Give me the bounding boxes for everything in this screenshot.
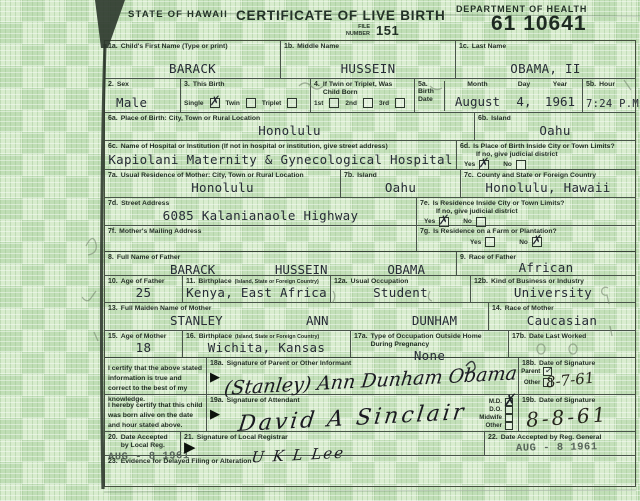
- field-value: Student: [334, 287, 467, 302]
- field-delayed-filing-evidence: 23.Evidence for Delayed Filing or Altera…: [105, 456, 635, 486]
- row-mother-residence: 7a.Usual Residence of Mother: City, Town…: [105, 170, 635, 198]
- field-number: 6c.: [108, 143, 118, 150]
- row-father-details: 10.Age of Father 25 11.Birthplace(Island…: [105, 276, 635, 303]
- field-value: OBAMA, II: [459, 63, 632, 78]
- x-mark: ✗: [530, 232, 542, 247]
- certificate-page: STATE OF HAWAII CERTIFICATE OF LIVE BIRT…: [0, 0, 640, 501]
- field-value: 6085 Kalanianaole Highway: [108, 210, 413, 225]
- field-number: 23.: [108, 458, 118, 465]
- checkbox-md: ✗: [505, 398, 513, 406]
- option-triplet-label: Triplet: [262, 100, 282, 107]
- field-father-race: 9.Race of Father African: [457, 252, 635, 275]
- field-number: 7b.: [344, 172, 354, 179]
- certificate-number: 61 10641: [491, 12, 587, 36]
- field-label: Sex: [117, 81, 129, 89]
- row-parent-signature: I certify that the above stated informat…: [105, 357, 635, 395]
- field-number: 7e.: [420, 200, 430, 207]
- field-value: Oahu: [344, 182, 457, 197]
- row-attendant-signature: I hereby certify that this child was bor…: [105, 395, 635, 432]
- field-value: 18: [108, 342, 179, 357]
- field-label: Last Name: [472, 43, 506, 51]
- field-value: Oahu: [478, 125, 632, 140]
- field-number: 20.: [108, 434, 118, 441]
- paper-bottom-edge: [104, 490, 636, 492]
- field-father-industry: 12b.Kind of Business or Industry Univers…: [471, 276, 635, 302]
- field-number: 1c.: [459, 43, 469, 50]
- field-number: 7g.: [420, 228, 430, 235]
- field-label: Island: [491, 115, 511, 123]
- row-father-name: 8.Full Name of Father BARACK HUSSEIN OBA…: [105, 251, 635, 276]
- row-mailing-address: 7f.Mother's Mailing Address 7g.Is Reside…: [105, 226, 635, 252]
- field-value: University: [474, 287, 632, 302]
- field-number: 11.: [186, 278, 195, 285]
- field-number: 21.: [184, 434, 194, 441]
- field-attendant-signature-date: 19b.Date of Signature 8-8-61: [519, 395, 635, 431]
- state-name: STATE OF HAWAII: [128, 9, 228, 20]
- field-label: Full Name of Father: [117, 254, 180, 262]
- field-mother-maiden-name: 13.Full Maiden Name of Mother STANLEY AN…: [105, 303, 489, 330]
- field-birth-date: 5a. Birth Date Month Day Year August 4, …: [415, 79, 583, 112]
- field-mother-birthplace: 16.Birthplace(Island, State or Foreign C…: [183, 331, 351, 357]
- number-label: NUMBER: [346, 31, 370, 37]
- field-value: Kenya, East Africa: [186, 287, 327, 302]
- certification-statement: I certify that the above stated informat…: [105, 358, 207, 394]
- field-label: Is Place of Birth Inside City or Town Li…: [473, 143, 615, 151]
- certify-text: I hereby certify that this child was bor…: [108, 397, 203, 432]
- field-value: Honolulu, Hawaii: [464, 182, 632, 197]
- row-mother-details: 15.Age of Mother 18 16.Birthplace(Island…: [105, 331, 635, 358]
- field-number: 6a.: [108, 115, 118, 122]
- field-hour: 5b.Hour 7:24 P.M.: [583, 79, 635, 112]
- field-label: Mother's Mailing Address: [119, 228, 201, 236]
- checkbox-twin: [246, 98, 256, 108]
- field-label: Signature of Attendant: [227, 397, 300, 405]
- field-value: Male: [108, 97, 177, 112]
- field-number: 17a.: [354, 333, 368, 340]
- field-mother-age: 15.Age of Mother 18: [105, 331, 183, 357]
- field-label: Date Accepted by Local Reg.: [121, 434, 177, 451]
- checkbox-other: [505, 422, 513, 430]
- field-sublabel: If no, give judicial district: [436, 208, 518, 216]
- checkbox-3rd: [395, 98, 405, 108]
- other-label: Other: [485, 422, 502, 429]
- row-sex-birth: 2.Sex Male 3.This Birth Single✗ Twin Tri…: [105, 79, 635, 113]
- field-value: BARACK: [108, 63, 277, 78]
- field-value: Wichita, Kansas: [186, 342, 347, 357]
- yes-label: Yes: [464, 161, 475, 168]
- midwife-label: Midwife: [479, 414, 502, 421]
- pencil-mark: [94, 332, 98, 341]
- field-number: 8.: [108, 254, 114, 261]
- field-this-birth: 3.This Birth Single✗ Twin Triplet: [181, 79, 311, 112]
- month-value: August: [448, 94, 507, 111]
- field-sublabel: If no, give judicial district: [476, 151, 558, 159]
- field-value-handwritten: 8-7-61: [545, 369, 595, 392]
- field-number: 1a.: [108, 43, 118, 50]
- field-street-address: 7d.Street Address 6085 Kalanianaole High…: [105, 198, 417, 225]
- row-street-address: 7d.Street Address 6085 Kalanianaole High…: [105, 198, 635, 226]
- field-label: Date Last Worked: [529, 333, 586, 341]
- field-residence-inside-limits: 7e.Is Residence Inside City or Town Limi…: [417, 198, 635, 225]
- field-number: 12b.: [474, 278, 488, 285]
- field-value: Kapiolani Maternity & Gynecological Hosp…: [108, 154, 453, 169]
- option-3rd-label: 3rd: [379, 100, 389, 107]
- date-stamp: AUG - 8 1961: [516, 442, 598, 455]
- row-child-name: 1a.Child's First Name (Type or print) BA…: [105, 41, 635, 79]
- field-number: 7f.: [108, 228, 116, 235]
- field-value: [512, 354, 632, 356]
- field-date-last-worked: 17b.Date Last Worked: [509, 331, 635, 357]
- no-label: No: [519, 239, 528, 246]
- signature-arrow-icon: ▶: [210, 370, 220, 383]
- option-1st-label: 1st: [314, 100, 323, 107]
- field-attendant-signature: 19a.Signature of Attendant ▶ David A Sin…: [207, 395, 519, 431]
- checkbox-yes: ✗: [479, 160, 489, 170]
- field-number: 16.: [186, 333, 196, 340]
- field-parent-signature: 18a.Signature of Parent or Other Informa…: [207, 358, 519, 394]
- option-single-label: Single: [184, 100, 204, 107]
- checkbox-single: ✗: [210, 98, 220, 108]
- field-value: 25: [108, 287, 179, 302]
- field-label: Island: [357, 172, 377, 180]
- field-number: 6d.: [460, 143, 470, 150]
- field-mother-race: 14.Race of Mother Caucasian: [489, 303, 635, 330]
- field-number: 13.: [108, 305, 118, 312]
- field-number: 19a.: [210, 397, 224, 404]
- row-place-of-birth: 6a.Place of Birth: City, Town or Rural L…: [105, 113, 635, 141]
- field-number: 2.: [108, 81, 114, 88]
- field-sex: 2.Sex Male: [105, 79, 181, 112]
- row-mother-name: 13.Full Maiden Name of Mother STANLEY AN…: [105, 303, 635, 331]
- field-value: Honolulu: [108, 125, 471, 140]
- checkbox-yes: [485, 237, 495, 247]
- field-number: 10.: [108, 278, 118, 285]
- checkbox-1st: [329, 98, 339, 108]
- year-label: Year: [541, 81, 579, 88]
- year-value: 1961: [541, 94, 579, 111]
- field-number: 9.: [460, 254, 466, 261]
- field-number: 14.: [492, 305, 502, 312]
- certification-statement: I hereby certify that this child was bor…: [105, 395, 207, 431]
- field-parent-signature-date: 18b.Date of Signature 8-7-61: [519, 358, 635, 394]
- month-label: Month: [448, 81, 507, 88]
- field-county-state: 7c.County and State or Foreign Country H…: [461, 170, 635, 197]
- field-value: African: [460, 262, 632, 277]
- pencil-mark: [86, 238, 96, 255]
- field-number: 3.: [184, 81, 190, 88]
- field-date-accepted-general: 22.Date Accepted by Reg. General AUG - 8…: [485, 432, 635, 455]
- field-father-age: 10.Age of Father 25: [105, 276, 183, 302]
- field-number: 4.: [314, 81, 320, 88]
- field-label: Full Maiden Name of Mother: [121, 305, 212, 313]
- field-label: If Twin or Triplet, Was Child Born: [323, 81, 411, 98]
- field-number: 7c.: [464, 172, 474, 179]
- field-number: 22.: [488, 434, 498, 441]
- field-farm-plantation: 7g.Is Residence on a Farm or Plantation?…: [417, 226, 635, 251]
- field-father-full-name: 8.Full Name of Father BARACK HUSSEIN OBA…: [105, 252, 457, 275]
- field-label: Signature of Local Registrar: [197, 434, 288, 442]
- field-label: Name of Hospital or Institution (If not …: [121, 143, 388, 151]
- field-number: 7d.: [108, 200, 118, 207]
- field-number: 18b.: [522, 360, 536, 367]
- field-label: Is Residence Inside City or Town Limits?: [433, 200, 565, 208]
- field-label: Middle Name: [297, 43, 339, 51]
- mother-first-name: STANLEY: [170, 313, 223, 328]
- field-hospital-name: 6c.Name of Hospital or Institution (If n…: [105, 141, 457, 169]
- option-twin-label: Twin: [226, 100, 240, 107]
- field-label: Signature of Parent or Other Informant: [227, 360, 352, 368]
- field-label: Evidence for Delayed Filing or Alteratio…: [121, 458, 252, 466]
- field-value-handwritten: 8-8-61: [525, 403, 609, 433]
- field-number: 17b.: [512, 333, 526, 340]
- checkbox-no: [516, 160, 526, 170]
- field-child-first-name: 1a.Child's First Name (Type or print) BA…: [105, 41, 281, 78]
- x-mark: ✗: [477, 155, 489, 170]
- field-mother-residence-city: 7a.Usual Residence of Mother: City, Town…: [105, 170, 341, 197]
- field-island-residence: 7b.Island Oahu: [341, 170, 461, 197]
- field-number: 1b.: [284, 43, 294, 50]
- field-number: 5a.: [418, 81, 442, 88]
- field-label: Race of Father: [469, 254, 516, 262]
- checkbox-2nd: [363, 98, 373, 108]
- field-twin-order: 4.If Twin or Triplet, Was Child Born 1st…: [311, 79, 415, 112]
- mother-last-name: DUNHAM: [412, 313, 457, 328]
- field-island-birth: 6b.Island Oahu: [475, 113, 635, 140]
- field-mother-mailing-address: 7f.Mother's Mailing Address: [105, 226, 417, 251]
- field-label: Birth Date: [418, 88, 442, 105]
- row-hospital: 6c.Name of Hospital or Institution (If n…: [105, 141, 635, 170]
- field-child-last-name: 1c.Last Name OBAMA, II: [456, 41, 635, 78]
- no-label: No: [503, 161, 512, 168]
- field-date-accepted-local: 20.Date Accepted by Local Reg. AUG - 8 1…: [105, 432, 181, 455]
- mother-middle-name: ANN: [306, 313, 329, 328]
- field-mother-occupation: 17a.Type of Occupation Outside Home Duri…: [351, 331, 509, 357]
- field-value: 7:24 P.M.: [586, 99, 632, 112]
- field-birth-inside-limits: 6d.Is Place of Birth Inside City or Town…: [457, 141, 635, 169]
- signature-arrow-icon: ▶: [210, 407, 220, 420]
- file-number-value: 151: [376, 23, 399, 38]
- file-label: FILE: [358, 24, 370, 30]
- field-label: Date of Signature: [539, 360, 595, 368]
- row-registrar: 20.Date Accepted by Local Reg. AUG - 8 1…: [105, 432, 635, 456]
- row-delayed-filing: 23.Evidence for Delayed Filing or Altera…: [105, 456, 635, 486]
- field-number: 19b.: [522, 397, 536, 404]
- field-value: Caucasian: [492, 315, 632, 330]
- field-value: HUSSEIN: [284, 63, 452, 78]
- field-number: 5b.: [586, 81, 596, 88]
- x-mark: ✗: [208, 93, 220, 108]
- field-number: 12a.: [334, 278, 348, 285]
- yes-label: Yes: [470, 239, 481, 246]
- field-number: 18a.: [210, 360, 224, 367]
- do-label: D.O.: [489, 406, 502, 413]
- md-label: M.D.: [489, 398, 502, 405]
- field-value: [108, 483, 632, 485]
- field-label: This Birth: [193, 81, 225, 89]
- yes-label: Yes: [424, 218, 435, 225]
- day-label: Day: [507, 81, 541, 88]
- registrar-signature: U K L Lee: [251, 444, 346, 457]
- field-label: Place of Birth: City, Town or Rural Loca…: [121, 115, 260, 123]
- field-number: 7a.: [108, 172, 118, 179]
- field-father-occupation: 12a.Usual Occupation Student: [331, 276, 471, 302]
- certificate-title: CERTIFICATE OF LIVE BIRTH: [236, 8, 446, 23]
- no-label: No: [463, 218, 472, 225]
- checkbox-do: [505, 406, 513, 414]
- file-number-label: FILE NUMBER: [336, 24, 370, 37]
- checkbox-triplet: [287, 98, 297, 108]
- day-value: 4,: [507, 94, 541, 111]
- field-place-of-birth: 6a.Place of Birth: City, Town or Rural L…: [105, 113, 475, 140]
- field-label: Child's First Name (Type or print): [121, 43, 228, 51]
- field-child-middle-name: 1b.Middle Name HUSSEIN: [281, 41, 456, 78]
- field-number: 15.: [108, 333, 118, 340]
- field-label: Hour: [599, 81, 615, 89]
- field-value: [108, 248, 413, 250]
- field-number: 6b.: [478, 115, 488, 122]
- field-father-birthplace: 11.Birthplace(Island, State or Foreign C…: [183, 276, 331, 302]
- pencil-mark: [82, 291, 96, 301]
- option-2nd-label: 2nd: [345, 100, 357, 107]
- field-value: Honolulu: [108, 182, 337, 197]
- certificate-form: 1a.Child's First Name (Type or print) BA…: [104, 40, 636, 487]
- checkbox-no: ✗: [532, 237, 542, 247]
- field-registrar-signature: 21.Signature of Local Registrar ▶ U K L …: [181, 432, 485, 455]
- checkbox-midwife: [505, 414, 513, 422]
